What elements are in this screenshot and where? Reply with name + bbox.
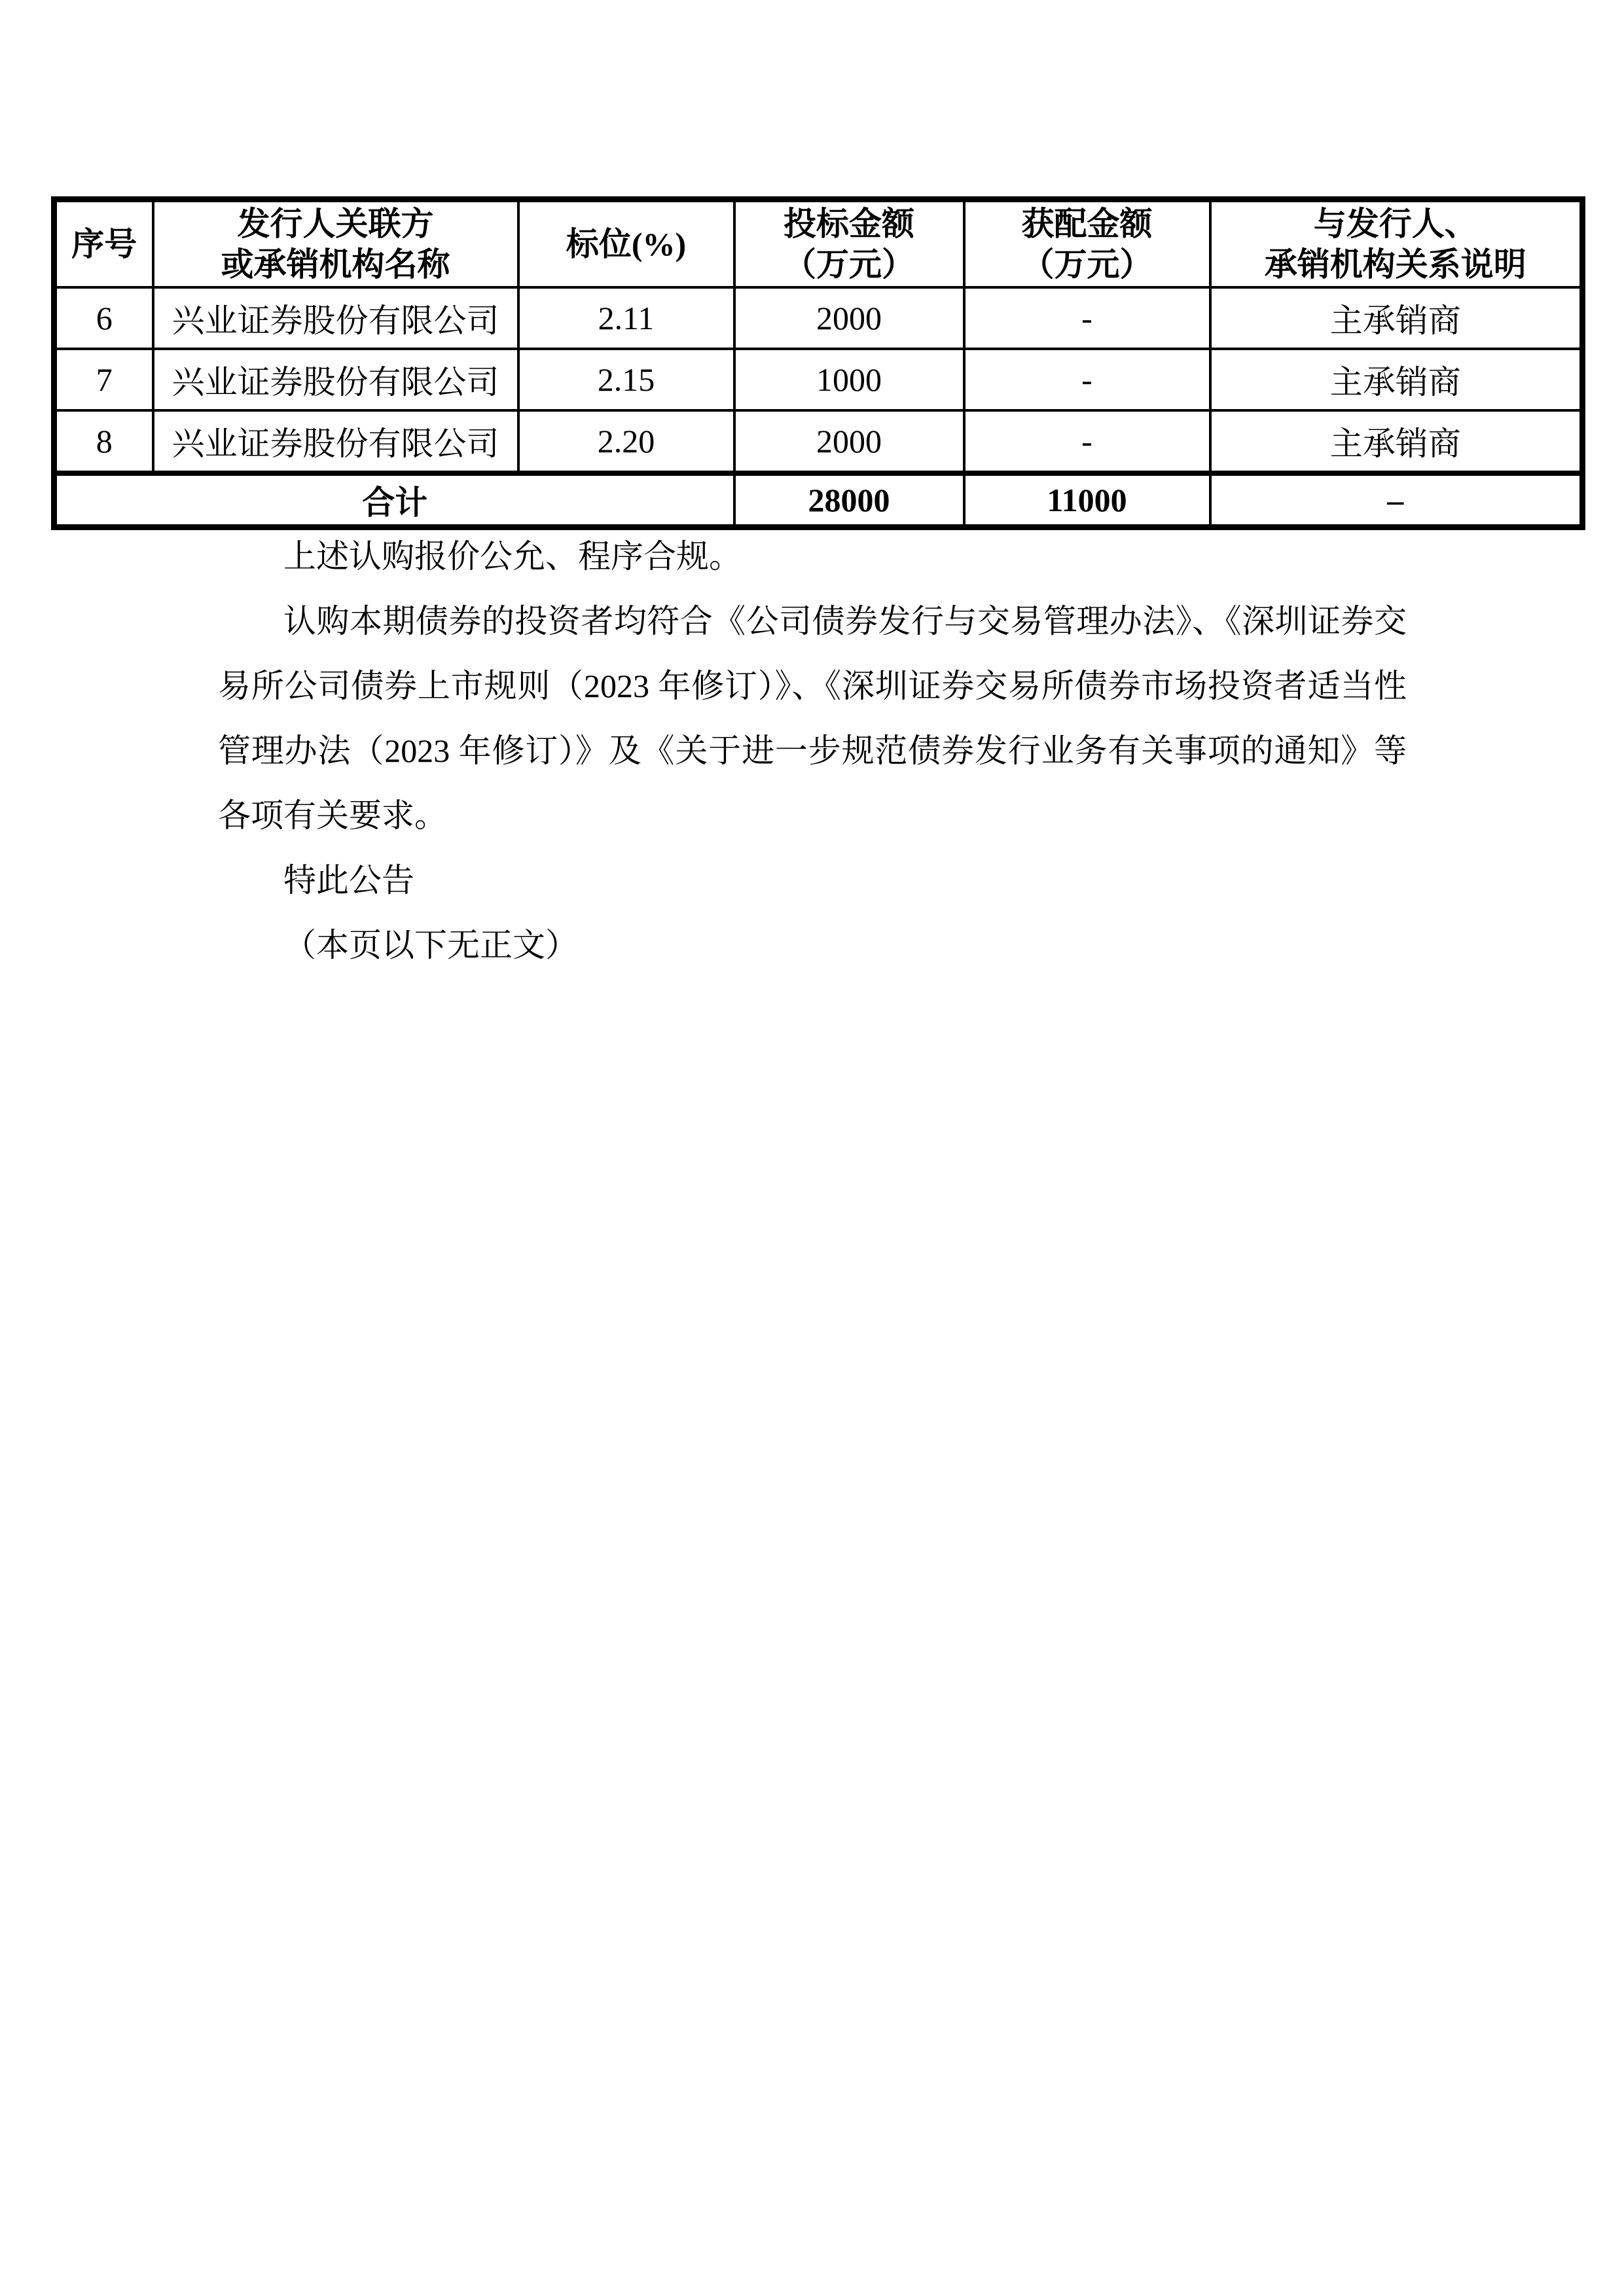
cell-allocated: - [964,287,1210,349]
paragraph-pricing-compliance: 上述认购报价公允、程序合规。 [218,524,1407,589]
cell-amount: 1000 [734,349,964,410]
header-label: 或承销机构名称 [154,244,517,285]
header-cell-relation: 与发行人、 承销机构关系说明 [1210,200,1583,288]
header-cell-seq: 序号 [54,200,153,288]
total-relation: – [1210,473,1583,528]
table-header-row: 序号 发行人关联方 或承销机构名称 标位(%) 投标金额 （万元） 获配金额 [54,200,1583,288]
table-total-row: 合计 28000 11000 – [54,473,1583,528]
table-row: 6 兴业证券股份有限公司 2.11 2000 - 主承销商 [54,287,1583,349]
header-label: 投标金额 [736,204,963,244]
header-label: 与发行人、 [1212,204,1580,244]
header-label: 序号 [57,224,152,264]
bid-allocation-table: 序号 发行人关联方 或承销机构名称 标位(%) 投标金额 （万元） 获配金额 [51,196,1585,530]
total-allocated: 11000 [964,473,1210,528]
cell-amount: 2000 [734,410,964,473]
paragraph-no-more-text: （本页以下无正文） [218,913,1407,978]
cell-name: 兴业证券股份有限公司 [153,349,518,410]
cell-seq: 7 [54,349,153,410]
cell-name: 兴业证券股份有限公司 [153,287,518,349]
cell-allocated: - [964,410,1210,473]
table-row: 8 兴业证券股份有限公司 2.20 2000 - 主承销商 [54,410,1583,473]
cell-relation: 主承销商 [1210,410,1583,473]
header-label: 发行人关联方 [154,204,517,244]
header-cell-amount: 投标金额 （万元） [734,200,964,288]
document-page: 序号 发行人关联方 或承销机构名称 标位(%) 投标金额 （万元） 获配金额 [0,0,1624,2296]
cell-amount: 2000 [734,287,964,349]
header-cell-bid: 标位(%) [518,200,734,288]
header-label: 承销机构关系说明 [1212,244,1580,285]
cell-bid: 2.20 [518,410,734,473]
cell-relation: 主承销商 [1210,287,1583,349]
header-label: 获配金额 [965,204,1209,244]
header-label: （万元） [965,244,1209,285]
paragraph-announcement: 特此公告 [218,848,1407,913]
body-text: 上述认购报价公允、程序合规。 认购本期债券的投资者均符合《公司债券发行与交易管理… [218,524,1407,978]
total-label: 合计 [54,473,734,528]
table-row: 7 兴业证券股份有限公司 2.15 1000 - 主承销商 [54,349,1583,410]
cell-bid: 2.11 [518,287,734,349]
cell-seq: 8 [54,410,153,473]
header-label: 标位(%) [520,224,733,264]
cell-bid: 2.15 [518,349,734,410]
cell-relation: 主承销商 [1210,349,1583,410]
cell-allocated: - [964,349,1210,410]
header-cell-name: 发行人关联方 或承销机构名称 [153,200,518,288]
paragraph-investor-compliance: 认购本期债券的投资者均符合《公司债券发行与交易管理办法》、《深圳证券交易所公司债… [218,589,1407,848]
cell-seq: 6 [54,287,153,349]
total-amount: 28000 [734,473,964,528]
header-label: （万元） [736,244,963,285]
cell-name: 兴业证券股份有限公司 [153,410,518,473]
header-cell-allocated: 获配金额 （万元） [964,200,1210,288]
